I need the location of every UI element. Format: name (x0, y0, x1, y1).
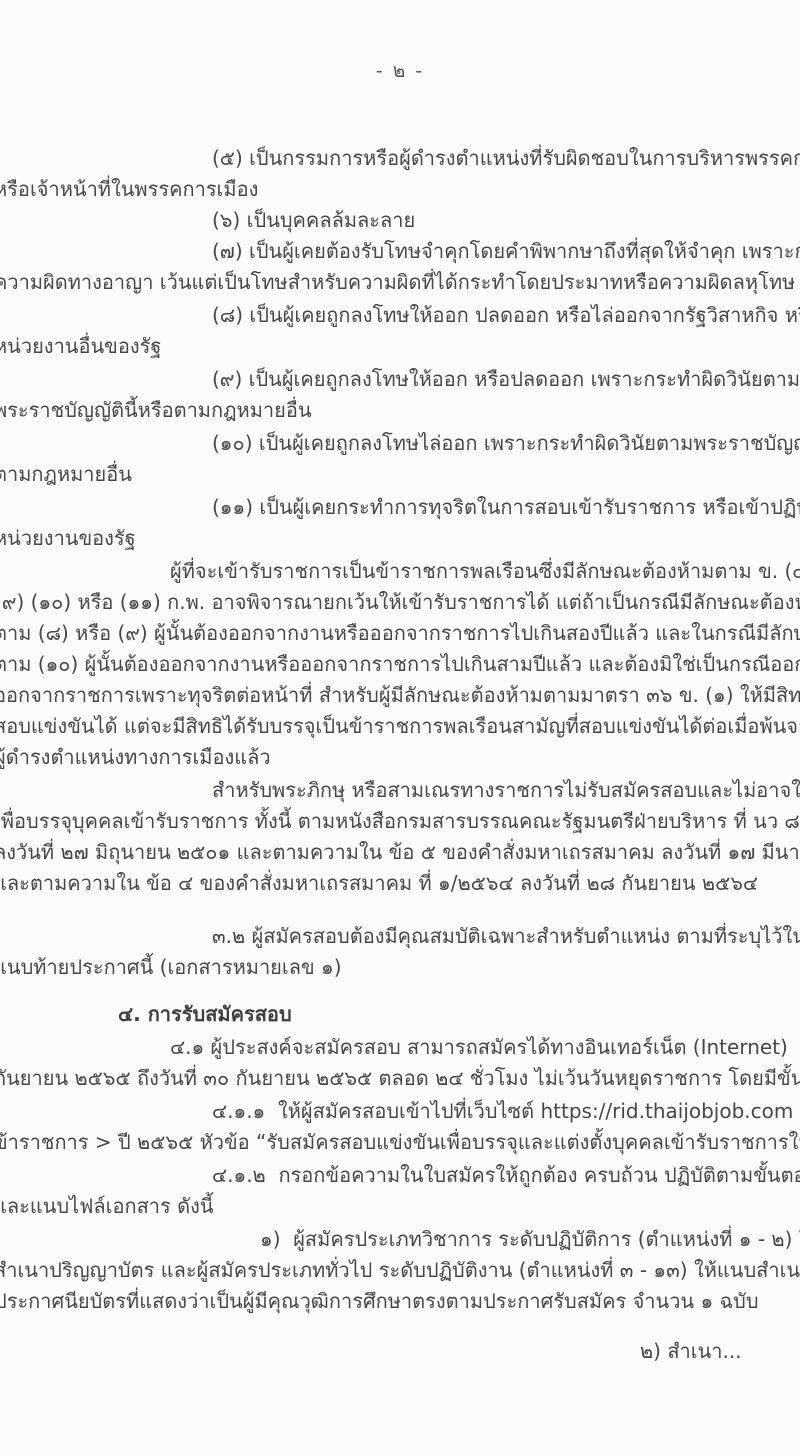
text-line: ๔.๑ ผู้ประสงค์จะสมัครสอบ สามารถสมัครได้ท… (0, 1032, 800, 1063)
text-line: และแนบไฟล์เอกสาร ดังนี้ (0, 1191, 800, 1222)
text-line: ความผิดทางอาญา เว้นแต่เป็นโทษสำหรับความผ… (0, 267, 800, 298)
document-page: - ๒ - (๕) เป็นกรรมการหรือผู้ดำรงตำแหน่งท… (0, 0, 800, 1456)
text-line: สอบแข่งขันได้ แต่จะมีสิทธิได้รับบรรจุเป็… (0, 711, 800, 742)
text-line: หน่วยงานอื่นของรัฐ (0, 331, 800, 362)
text-line: (๙) (๑๐) หรือ (๑๑) ก.พ. อาจพิจารณายกเว้น… (0, 587, 800, 618)
text-line: ผู้ดำรงตำแหน่งทางการเมืองแล้ว (0, 742, 800, 773)
text-line: ๔.๑.๒ กรอกข้อความในใบสมัครให้ถูกต้อง ครบ… (0, 1160, 800, 1191)
text-line: หน่วยงานของรัฐ (0, 523, 800, 554)
text-line: ตาม (๑๐) ผู้นั้นต้องออกจากงานหรือออกจากร… (0, 649, 800, 680)
text-line: (๑๐) เป็นผู้เคยถูกลงโทษไล่ออก เพราะกระทำ… (0, 428, 800, 459)
text-line: (๕) เป็นกรรมการหรือผู้ดำรงตำแหน่งที่รับผ… (0, 143, 800, 174)
text-line: สำหรับพระภิกษุ หรือสามเณรทางราชการไม่รับ… (0, 775, 800, 806)
text-line: เพื่อบรรจุบุคคลเข้ารับราชการ ทั้งนี้ ตาม… (0, 806, 800, 837)
text-line: และตามความใน ข้อ ๔ ของคำสั่งมหาเถรสมาคม … (0, 868, 800, 899)
text-line: ประกาศนียบัตรที่แสดงว่าเป็นผู้มีคุณวุฒิก… (0, 1286, 800, 1317)
text-line: ๓.๒ ผู้สมัครสอบต้องมีคุณสมบัติเฉพาะสำหรั… (0, 921, 800, 952)
text-line: ข้าราชการ > ปี ๒๕๖๕ หัวข้อ “รับสมัครสอบแ… (0, 1127, 800, 1158)
text-line: แนบท้ายประกาศนี้ (เอกสารหมายเลข ๑) (0, 952, 800, 983)
text-line: ๔.๑.๑ ให้ผู้สมัครสอบเข้าไปที่เว็บไซต์ ht… (0, 1096, 800, 1127)
text-line: สำเนาปริญญาบัตร และผู้สมัครประเภททั่วไป … (0, 1255, 800, 1286)
text-line: ๔. การรับสมัครสอบ (0, 999, 800, 1030)
text-line: ผู้ที่จะเข้ารับราชการเป็นข้าราชการพลเรือ… (0, 556, 800, 587)
text-line: ตามกฎหมายอื่น (0, 459, 800, 490)
text-line: (๘) เป็นผู้เคยถูกลงโทษให้ออก ปลดออก หรือ… (0, 300, 800, 331)
text-line: (๗) เป็นผู้เคยต้องรับโทษจำคุกโดยคำพิพากษ… (0, 236, 800, 267)
text-line: พระราชบัญญัตินี้หรือตามกฎหมายอื่น (0, 395, 800, 426)
text-line: ตาม (๘) หรือ (๙) ผู้นั้นต้องออกจากงานหรื… (0, 618, 800, 649)
text-line: (๑๑) เป็นผู้เคยกระทำการทุจริตในการสอบเข้… (0, 492, 800, 523)
text-line: (๖) เป็นบุคคลล้มละลาย (0, 205, 800, 236)
document-body: (๕) เป็นกรรมการหรือผู้ดำรงตำแหน่งที่รับผ… (0, 143, 800, 1367)
text-line: ๑) ผู้สมัครประเภทวิชาการ ระดับปฏิบัติการ… (0, 1224, 800, 1255)
text-line: กันยายน ๒๕๖๕ ถึงวันที่ ๓๐ กันยายน ๒๕๖๕ ต… (0, 1063, 800, 1094)
text-line: (๙) เป็นผู้เคยถูกลงโทษให้ออก หรือปลดออก … (0, 364, 800, 395)
text-line: หรือเจ้าหน้าที่ในพรรคการเมือง (0, 174, 800, 205)
text-line: ลงวันที่ ๒๗ มิถุนายน ๒๕๐๑ และตามความใน ข… (0, 837, 800, 868)
text-line: ออกจากราชการเพราะทุจริตต่อหน้าที่ สำหรับ… (0, 680, 800, 711)
page-number: - ๒ - (0, 56, 800, 86)
text-line: ๒) สำเนา... (0, 1336, 800, 1367)
